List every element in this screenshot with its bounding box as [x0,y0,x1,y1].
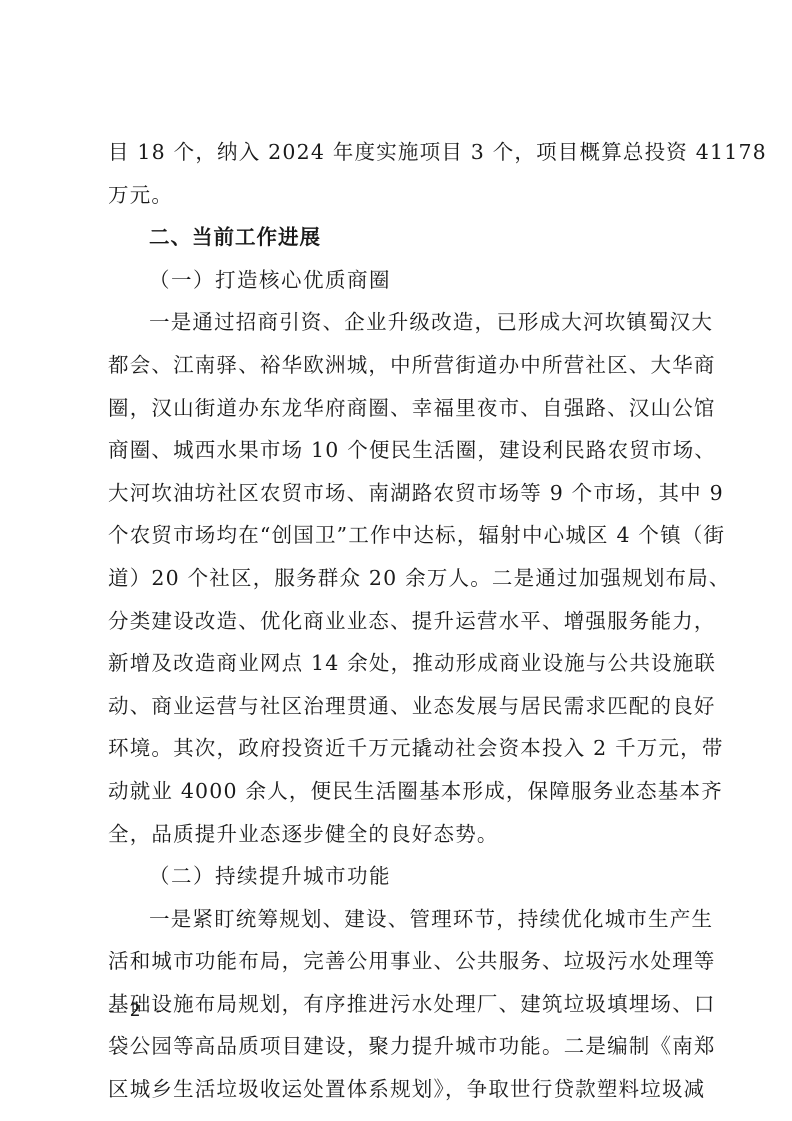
document-body: 目 18 个，纳入 2024 年度实施项目 3 个，项目概算总投资 41178 … [108,131,694,1111]
body-line: 商圈、城西水果市场 10 个便民生活圈，建设利民路农贸市场、 [108,429,694,472]
paragraph-first-line: 一是紧盯统筹规划、建设、管理环节，持续优化城市生产生 [108,898,694,941]
body-line: 基础设施布局规划，有序推进污水处理厂、建筑垃圾填埋场、口 [108,983,694,1026]
body-line: 活和城市功能布局，完善公用事业、公共服务、垃圾污水处理等 [108,940,694,983]
body-line: 圈，汉山街道办东龙华府商圈、幸福里夜市、自强路、汉山公馆 [108,387,694,430]
subsection-heading: （二）持续提升城市功能 [108,855,694,898]
body-line: 个农贸市场均在“创国卫”工作中达标，辐射中心城区 4 个镇（街 [108,514,694,557]
subsection-heading: （一）打造核心优质商圈 [108,259,694,302]
body-line: 目 18 个，纳入 2024 年度实施项目 3 个，项目概算总投资 41178 [108,131,694,174]
body-line: 新增及改造商业网点 14 余处，推动形成商业设施与公共设施联 [108,642,694,685]
body-line: 动、商业运营与社区治理贯通、业态发展与居民需求匹配的良好 [108,685,694,728]
document-page: 目 18 个，纳入 2024 年度实施项目 3 个，项目概算总投资 41178 … [0,0,792,1121]
body-line: 动就业 4000 余人，便民生活圈基本形成，保障服务业态基本齐 [108,770,694,813]
paragraph-first-line: 一是通过招商引资、企业升级改造，已形成大河坎镇蜀汉大 [108,301,694,344]
body-line: 袋公园等高品质项目建设，聚力提升城市功能。二是编制《南郑 [108,1025,694,1068]
body-line: 全，品质提升业态逐步健全的良好态势。 [108,813,694,856]
body-line: 区城乡生活垃圾收运处置体系规划》，争取世行贷款塑料垃圾减 [108,1068,694,1111]
body-line: 分类建设改造、优化商业业态、提升运营水平、增强服务能力， [108,600,694,643]
body-line: 万元。 [108,174,694,217]
body-line: 大河坎油坊社区农贸市场、南湖路农贸市场等 9 个市场，其中 9 [108,472,694,515]
body-line: 环境。其次，政府投资近千万元撬动社会资本投入 2 千万元，带 [108,727,694,770]
body-line: 都会、江南驿、裕华欧洲城，中所营街道办中所营社区、大华商 [108,344,694,387]
page-number: - 2 - [106,1000,165,1021]
section-heading: 二、当前工作进展 [108,216,694,259]
body-line: 道）20 个社区，服务群众 20 余万人。二是通过加强规划布局、 [108,557,694,600]
